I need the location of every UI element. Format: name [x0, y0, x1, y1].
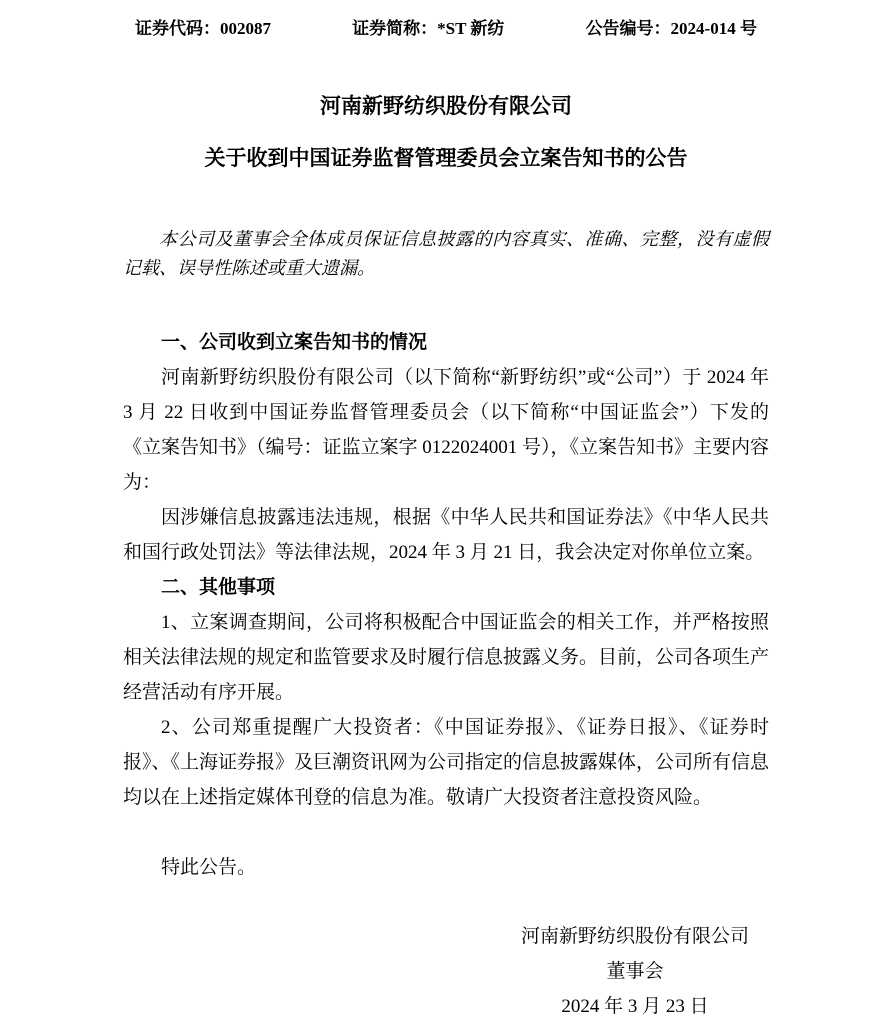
signature-date: 2024 年 3 月 23 日 — [521, 989, 749, 1024]
section-1-heading: 一、公司收到立案告知书的情况 — [123, 325, 769, 360]
announcement-number: 公告编号：2024-014 号 — [586, 18, 757, 40]
closing-statement: 特此公告。 — [123, 850, 769, 885]
signature-company: 河南新野纺织股份有限公司 — [521, 919, 749, 954]
section-2-heading: 二、其他事项 — [123, 570, 769, 605]
section-1-paragraph-2: 因涉嫌信息披露违法违规，根据《中华人民共和国证券法》《中华人民共和国行政处罚法》… — [123, 500, 769, 570]
section-1-paragraph-1: 河南新野纺织股份有限公司（以下简称“新野纺织”或“公司”）于 2024 年 3 … — [123, 360, 769, 500]
company-title: 河南新野纺织股份有限公司 — [123, 93, 769, 119]
signature-signer: 董事会 — [521, 954, 749, 989]
announcement-document: 证券代码：002087 证券简称：*ST 新纺 公告编号：2024-014 号 … — [0, 0, 890, 1025]
section-2-paragraph-2: 2、公司郑重提醒广大投资者：《中国证券报》、《证券日报》、《证券时报》、《上海证… — [123, 710, 769, 815]
section-2-paragraph-1: 1、立案调查期间，公司将积极配合中国证监会的相关工作，并严格按照相关法律法规的规… — [123, 605, 769, 710]
document-header: 证券代码：002087 证券简称：*ST 新纺 公告编号：2024-014 号 — [123, 18, 769, 40]
announcement-title: 关于收到中国证券监督管理委员会立案告知书的公告 — [123, 145, 769, 171]
disclaimer-paragraph: 本公司及董事会全体成员保证信息披露的内容真实、准确、完整，没有虚假记载、误导性陈… — [123, 225, 769, 283]
signature-block: 河南新野纺织股份有限公司 董事会 2024 年 3 月 23 日 — [123, 919, 769, 1024]
stock-abbreviation: 证券简称：*ST 新纺 — [352, 18, 504, 40]
stock-code: 证券代码：002087 — [135, 18, 271, 40]
